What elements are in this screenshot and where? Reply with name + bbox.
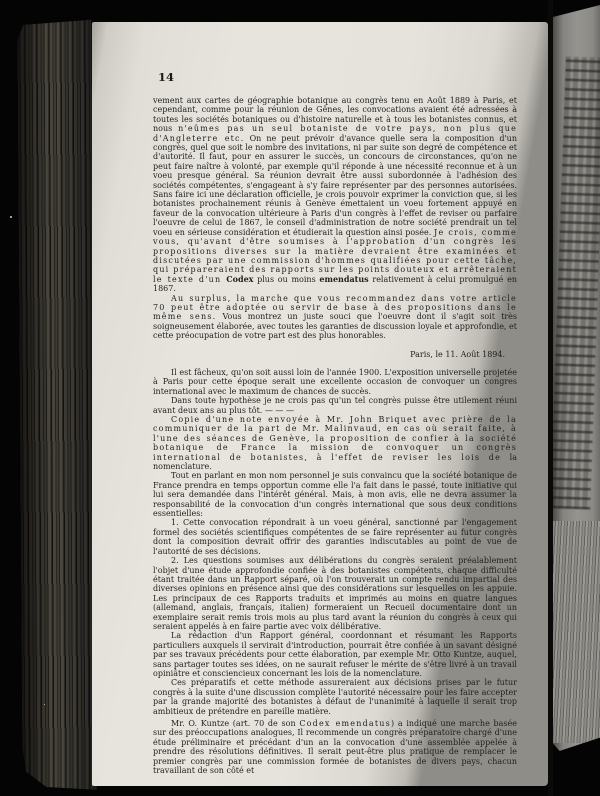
text-segment: Mr. O. Kuntze (art. 70 de son bbox=[171, 719, 299, 728]
page-gap-shadow bbox=[548, 0, 553, 796]
paragraph: 1. Cette convocation répondrait à un voe… bbox=[153, 518, 517, 556]
book-photo: 14 vement aux cartes de géographie botan… bbox=[0, 0, 600, 796]
paragraph: Copie d'une note envoyée à Mr. John Briq… bbox=[153, 415, 517, 471]
text-segment: La rédaction d'un Rapport général, coord… bbox=[153, 631, 517, 678]
page-number: 14 bbox=[158, 70, 174, 84]
paragraph: Il est fâcheux, qu'on soit aussi loin de… bbox=[153, 368, 517, 396]
text-segment: Ces préparatifs et cette méthode assurer… bbox=[153, 678, 517, 715]
left-page-edges bbox=[17, 20, 96, 790]
dust-speck bbox=[44, 704, 45, 705]
paragraph: Ces préparatifs et cette méthode assurer… bbox=[153, 678, 517, 716]
text-segment: plus ou moins bbox=[253, 275, 319, 284]
text-segment: 2. Les questions soumises aux délibérati… bbox=[153, 556, 517, 631]
book-page: 14 vement aux cartes de géographie botan… bbox=[92, 22, 548, 786]
adjacent-page-text-blur bbox=[550, 56, 600, 509]
text-segment: Il est fâcheux, qu'on soit aussi loin de… bbox=[153, 368, 517, 396]
text-segment: On ne peut prévoir d'avance quelle sera … bbox=[153, 134, 517, 237]
page-text: vement aux cartes de géographie botaniqu… bbox=[153, 96, 517, 775]
text-segment: Tout en parlant en mon nom personnel je … bbox=[153, 471, 517, 518]
paragraph: La rédaction d'un Rapport général, coord… bbox=[153, 631, 517, 678]
text-segment: Codex bbox=[226, 274, 253, 284]
paragraph: Mr. O. Kuntze (art. 70 de son Codex emen… bbox=[153, 719, 517, 775]
text-segment: Copie d'une note envoyée à Mr. John Briq… bbox=[153, 415, 517, 462]
text-segment: emendatus bbox=[319, 274, 368, 284]
adjacent-page-edge bbox=[553, 5, 600, 757]
right-page-edges bbox=[553, 521, 600, 743]
dateline: Paris, le 11. Août 1894. bbox=[153, 350, 517, 359]
paragraph: Dans toute hypothèse je ne crois pas qu'… bbox=[153, 396, 517, 415]
text-segment: Codex emendatus bbox=[299, 719, 391, 728]
paragraph: vement aux cartes de géographie botaniqu… bbox=[153, 96, 517, 294]
paragraph: 2. Les questions soumises aux délibérati… bbox=[153, 556, 517, 631]
text-segment: Dans toute hypothèse je ne crois pas qu'… bbox=[153, 396, 517, 414]
paragraph: Au surplus, la marche que vous recommand… bbox=[153, 294, 517, 341]
paragraph: Tout en parlant en mon nom personnel je … bbox=[153, 471, 517, 518]
text-segment: 1. Cette convocation répondrait à un voe… bbox=[153, 518, 517, 555]
dust-speck bbox=[10, 216, 12, 218]
